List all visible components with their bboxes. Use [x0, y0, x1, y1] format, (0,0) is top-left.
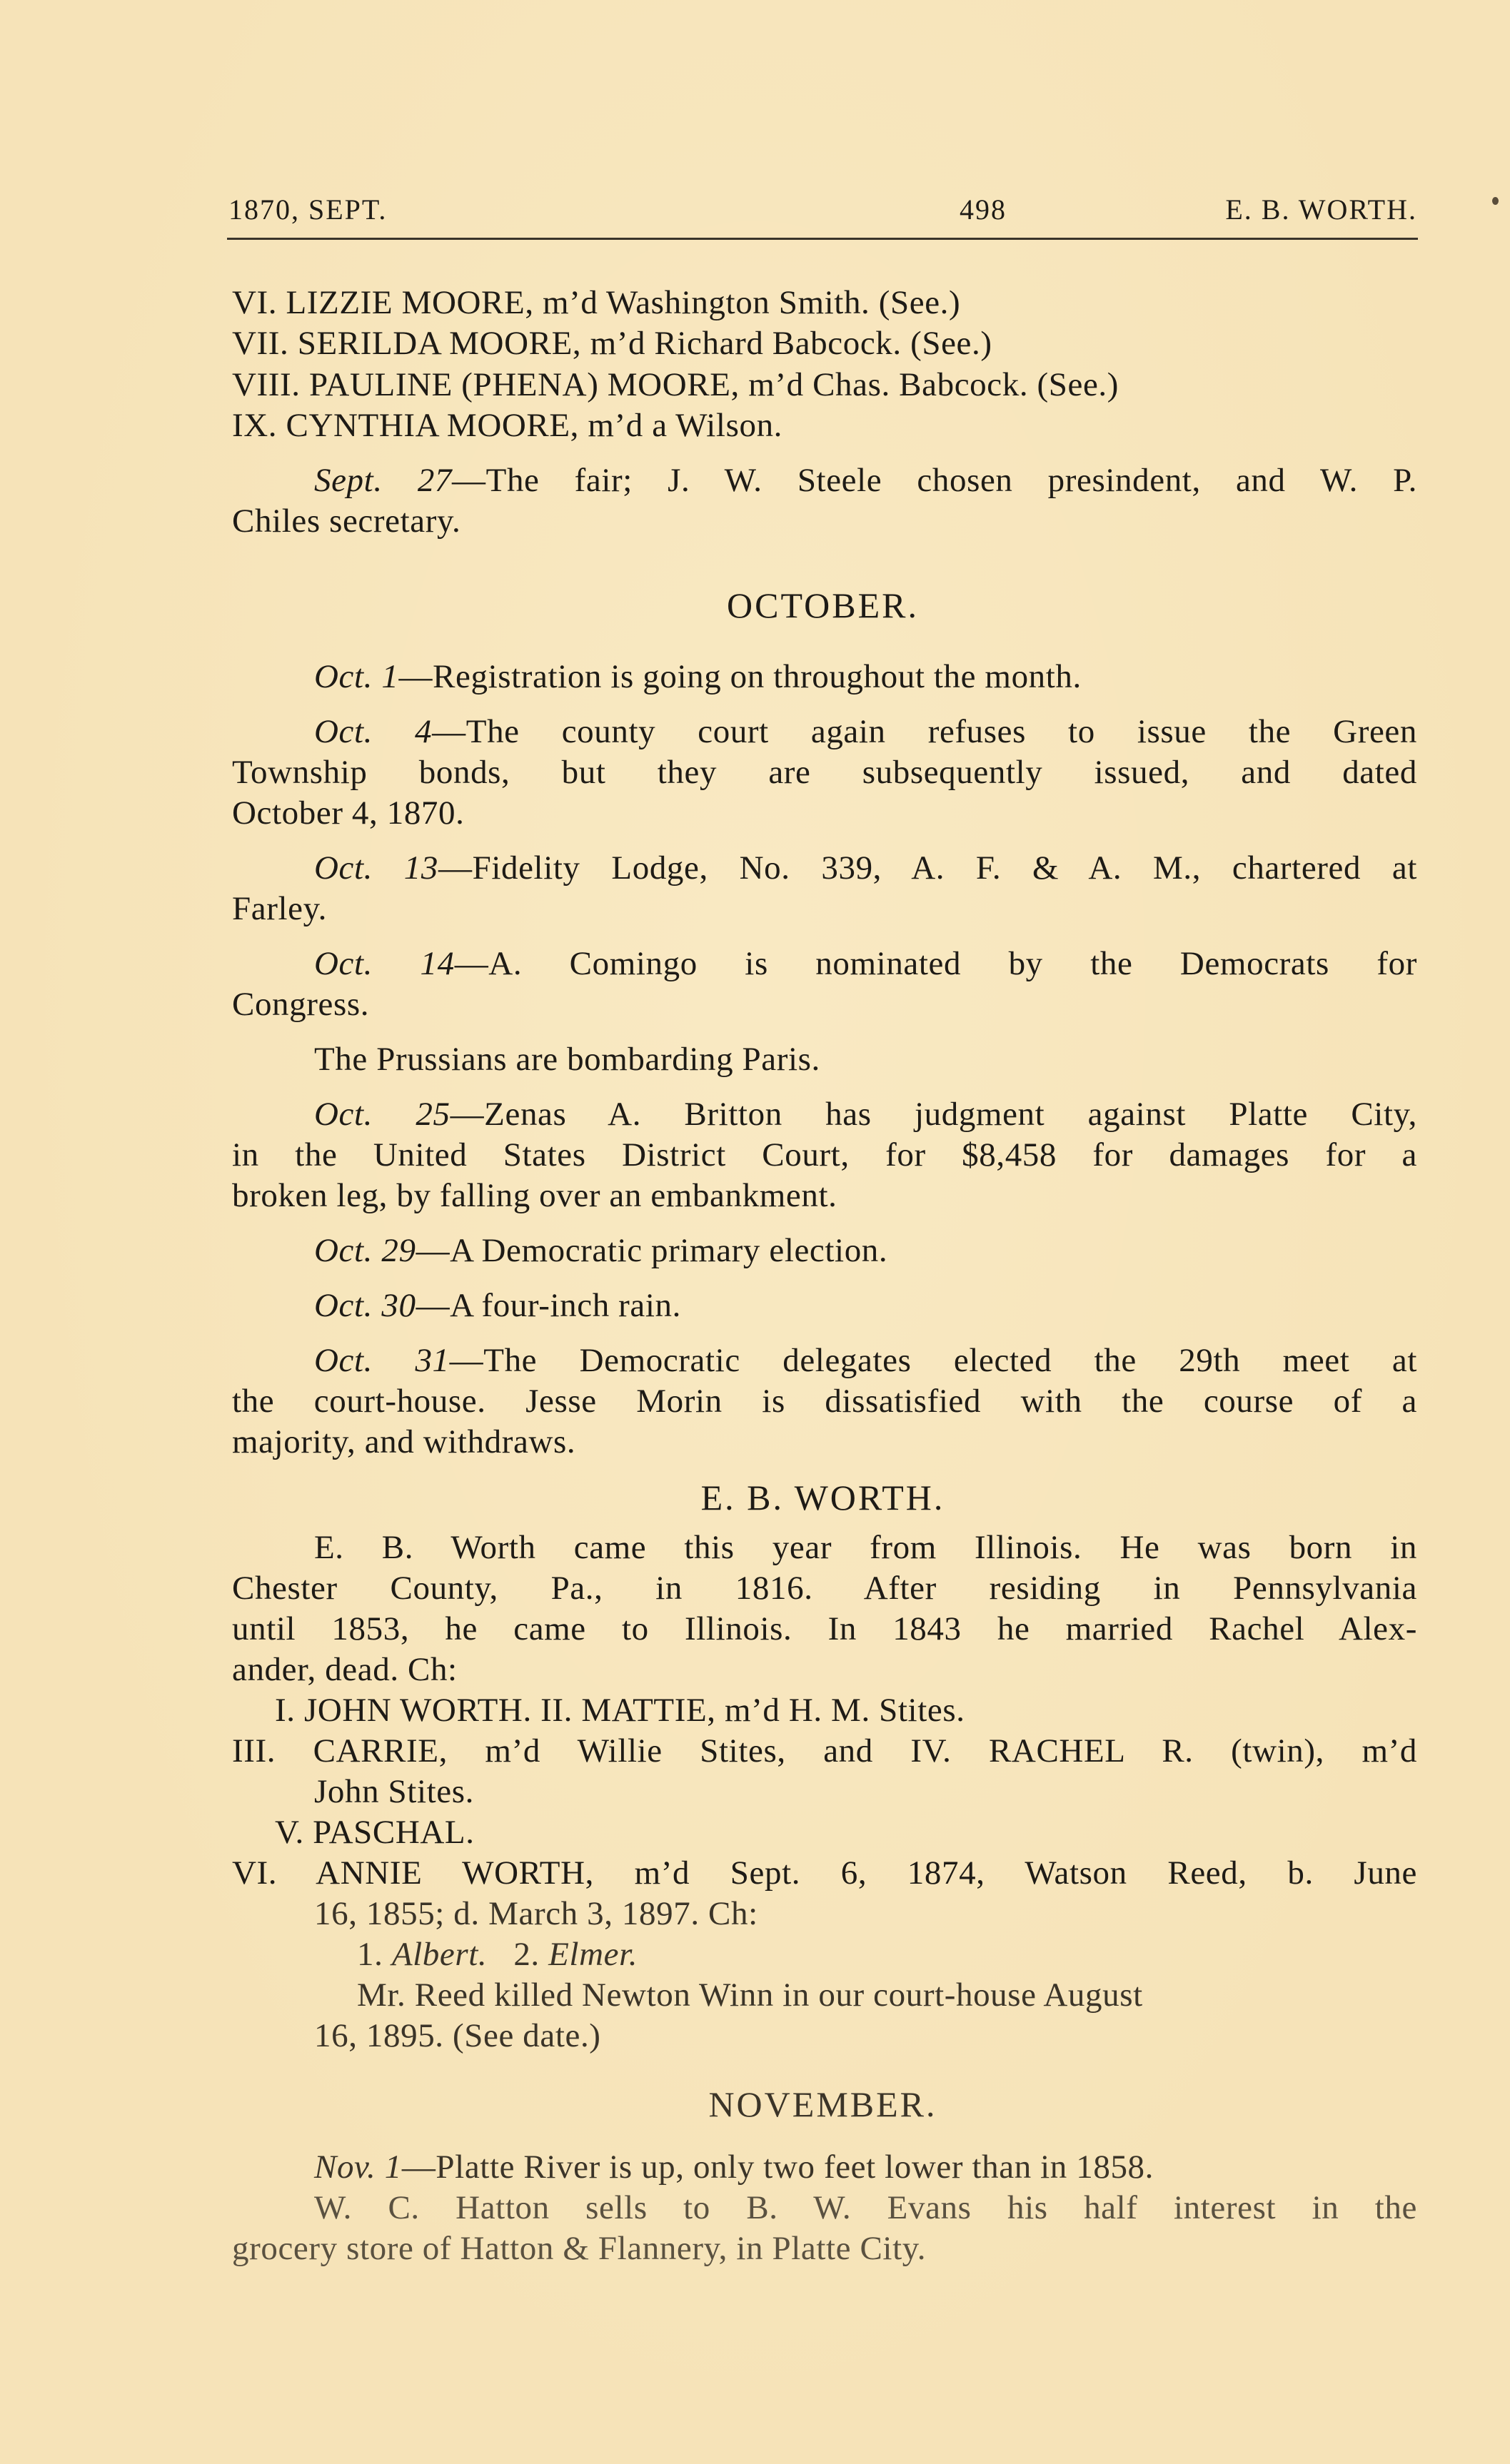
bio-paragraph-line: until 1853, he came to Illinois. In 1843…	[232, 1609, 1417, 1649]
child-list-item: I. JOHN WORTH. II. MATTIE, m’d H. M. Sti…	[275, 1690, 1417, 1730]
bio-paragraph-line: Chester County, Pa., in 1816. After resi…	[232, 1568, 1417, 1608]
entry-oct-1: Oct. 1—Registration is going on througho…	[314, 657, 1417, 697]
book-page: 1870, SEPT. 498 E. B. WORTH. VI. LIZZIE …	[0, 0, 1510, 2464]
entry-continuation: Township bonds, but they are subsequentl…	[232, 752, 1417, 792]
section-heading-worth: E. B. WORTH.	[228, 1476, 1417, 1519]
entry-continuation: in the United States District Court, for…	[232, 1135, 1417, 1175]
bio-paragraph-line: E. B. Worth came this year from Illinois…	[314, 1528, 1417, 1567]
grandchildren-list: 1. Albert. 2. Elmer.	[357, 1934, 1417, 1974]
list-item: VI. LIZZIE MOORE, m’d Washington Smith. …	[232, 283, 1417, 323]
entry-date: Nov. 1	[314, 2149, 402, 2186]
header-rule	[227, 238, 1418, 240]
header-date: 1870, SEPT.	[228, 193, 387, 226]
list-item: VIII. PAULINE (PHENA) MOORE, m’d Chas. B…	[232, 365, 1417, 405]
note-line: Mr. Reed killed Newton Winn in our court…	[357, 1975, 1417, 2015]
entry-continuation: Farley.	[232, 889, 1417, 929]
entry-oct-30: Oct. 30—A four-inch rain.	[314, 1286, 1417, 1326]
entry-date: Sept. 27	[314, 462, 452, 499]
entry-sept-27: Sept. 27—The fair; J. W. Steele chosen p…	[314, 460, 1417, 500]
entry-continuation: Chiles secretary.	[232, 501, 1417, 541]
entry-continuation: October 4, 1870.	[232, 793, 1417, 833]
bio-paragraph-line: ander, dead. Ch:	[232, 1650, 1417, 1690]
entry-date: Oct. 30	[314, 1287, 416, 1324]
entry-continuation: broken leg, by falling over an embankmen…	[232, 1176, 1417, 1216]
child-list-item: V. PASCHAL.	[275, 1812, 1417, 1852]
entry-oct-31: Oct. 31—The Democratic delegates elected…	[314, 1340, 1417, 1380]
child-list-item: 16, 1855; d. March 3, 1897. Ch:	[314, 1894, 1417, 1934]
entry-date: Oct. 1	[314, 658, 398, 695]
entry-continuation: W. C. Hatton sells to B. W. Evans his ha…	[314, 2188, 1417, 2228]
list-item: VII. SERILDA MOORE, m’d Richard Babcock.…	[232, 323, 1417, 363]
entry-oct-14: Oct. 14—A. Comingo is nominated by the D…	[314, 944, 1417, 984]
entry-continuation: majority, and withdraws.	[232, 1422, 1417, 1462]
entry-oct-25: Oct. 25—Zenas A. Britton has judgment ag…	[314, 1094, 1417, 1134]
grandchild-name: Elmer.	[548, 1936, 638, 1973]
entry-date: Oct. 29	[314, 1232, 416, 1269]
entry-continuation: Congress.	[232, 984, 1417, 1024]
grandchild-name: Albert.	[392, 1936, 487, 1973]
page-number: 498	[960, 193, 1007, 226]
entry-continuation: grocery store of Hatton & Flannery, in P…	[232, 2228, 1417, 2268]
section-heading-october: OCTOBER.	[228, 584, 1417, 627]
child-list-item: John Stites.	[314, 1772, 1417, 1812]
entry-oct-4: Oct. 4—The county court again refuses to…	[314, 712, 1417, 752]
entry-oct-13: Oct. 13—Fidelity Lodge, No. 339, A. F. &…	[314, 848, 1417, 888]
note-line: 16, 1895. (See date.)	[314, 2016, 1417, 2056]
entry-date: Oct. 14	[314, 945, 455, 982]
entry-date: Oct. 31	[314, 1342, 450, 1379]
running-header: 1870, SEPT. 498 E. B. WORTH.	[228, 187, 1417, 227]
section-heading-november: NOVEMBER.	[228, 2083, 1417, 2126]
entry-prussians: The Prussians are bombarding Paris.	[314, 1039, 1417, 1079]
header-section-title: E. B. WORTH.	[1225, 193, 1417, 226]
list-item: IX. CYNTHIA MOORE, m’d a Wilson.	[232, 405, 1417, 445]
entry-date: Oct. 25	[314, 1096, 451, 1133]
entry-date: Oct. 4	[314, 713, 432, 750]
entry-continuation: the court-house. Jesse Morin is dissatis…	[232, 1381, 1417, 1421]
ink-speck	[1492, 197, 1499, 205]
entry-nov-1: Nov. 1—Platte River is up, only two feet…	[314, 2147, 1417, 2187]
entry-oct-29: Oct. 29—A Democratic primary election.	[314, 1231, 1417, 1271]
child-list-item: VI. ANNIE WORTH, m’d Sept. 6, 1874, Wats…	[232, 1853, 1417, 1893]
child-list-item: III. CARRIE, m’d Willie Stites, and IV. …	[232, 1731, 1417, 1771]
entry-date: Oct. 13	[314, 849, 438, 887]
